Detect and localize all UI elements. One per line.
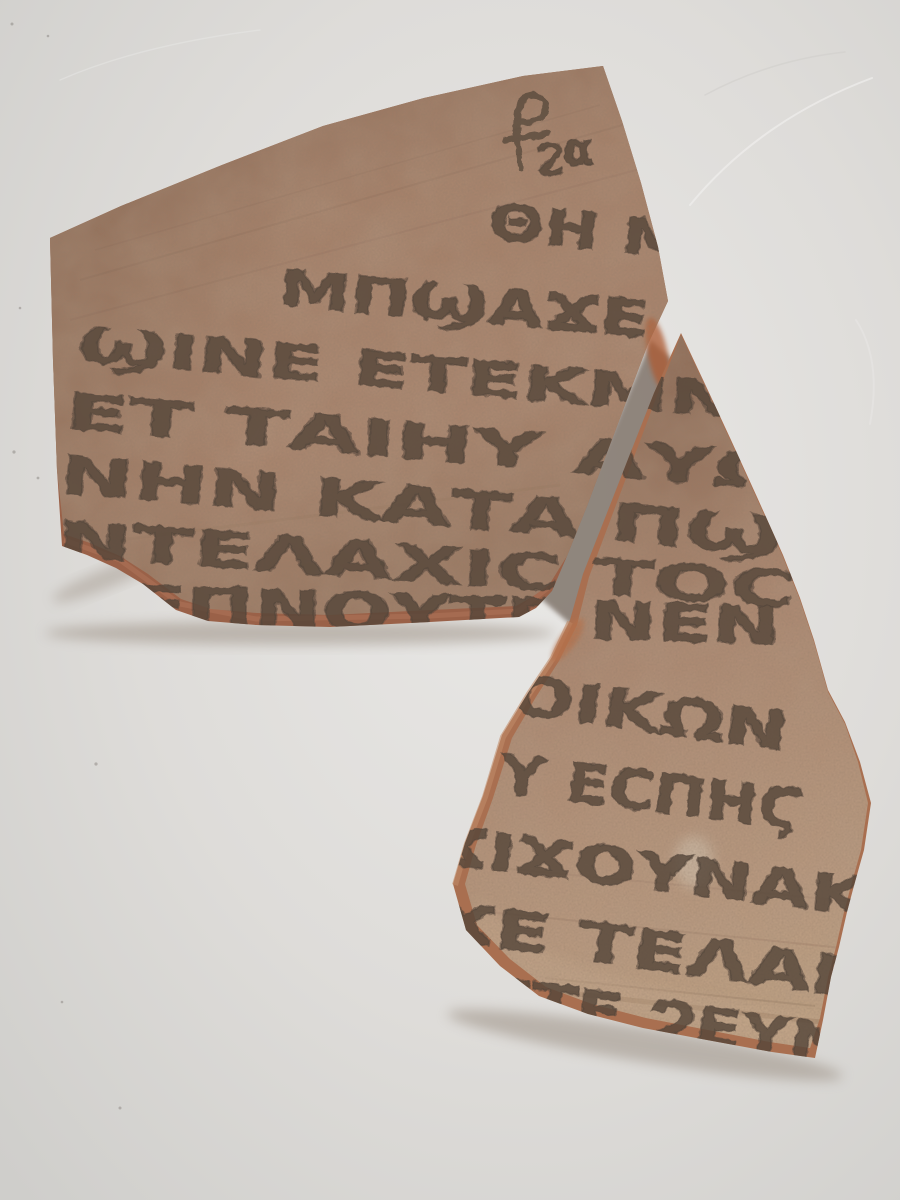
ostracon-photo: ϩα ΘΗ ΜΕΝ ΜΠϢΑϪΕ ΤΝ ϢΙΝΕ ΕΤΕΚΜΝΤ ΕΤ ΤΑΙΗ… xyxy=(0,0,900,1200)
photo-canvas: ϩα ΘΗ ΜΕΝ ΜΠϢΑϪΕ ΤΝ ϢΙΝΕ ΕΤΕΚΜΝΤ ΕΤ ΤΑΙΗ… xyxy=(0,0,900,1200)
inscription-line: ϩα xyxy=(533,124,594,179)
